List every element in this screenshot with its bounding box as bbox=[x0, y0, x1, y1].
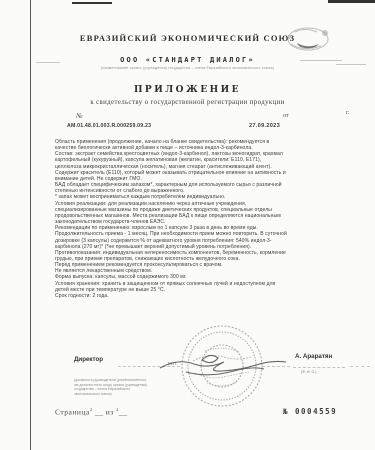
page-label: Страница bbox=[55, 408, 90, 417]
registration-date: 27.09.2023 bbox=[249, 123, 280, 129]
name-rule bbox=[293, 367, 345, 368]
number-label: № bbox=[76, 112, 83, 120]
serial-value: 0004559 bbox=[295, 407, 337, 416]
certificate-body-text: Область применения (продолжение, начало … bbox=[55, 139, 340, 299]
signer-position: Директор bbox=[74, 356, 103, 363]
signer-name-caption: (Ф. И. О.) bbox=[301, 370, 317, 374]
form-serial-number: № 0004559 bbox=[283, 407, 337, 416]
serial-label: № bbox=[283, 407, 289, 416]
registration-number: AM.01.48.01.003.R.000259.09.23 bbox=[67, 123, 151, 129]
scan-artifact bbox=[336, 64, 366, 65]
page-counter: Страница2 __ из 2__ bbox=[55, 407, 127, 417]
page-current: 2 bbox=[90, 407, 93, 412]
page-top-right-border-segment bbox=[328, 0, 375, 3]
organization-name: ООО «СТАНДАРТ ДИАЛОГ» bbox=[0, 56, 375, 64]
of-label: из bbox=[106, 408, 114, 417]
document-title: ПРИЛОЖЕНИЕ bbox=[0, 85, 375, 95]
page-blank: __ bbox=[95, 408, 104, 417]
organization-caption: (наименование органа (учреждения) госуда… bbox=[0, 66, 375, 70]
date-label: от bbox=[283, 113, 289, 119]
page-top-border-segment bbox=[72, 2, 112, 4]
scanned-certificate-page: ЕВРАЗИЙСКИЙ ЭКОНОМИЧЕСКИЙ СОЮЗ ООО «СТАН… bbox=[0, 0, 375, 450]
handwritten-signature bbox=[156, 346, 290, 385]
year-suffix: г. bbox=[346, 110, 349, 116]
document-subtitle: к свидетельству о государственной регист… bbox=[0, 99, 375, 106]
signer-name: А. Араратян bbox=[295, 353, 332, 360]
signature-rule bbox=[350, 366, 370, 367]
page-blank: __ bbox=[119, 408, 128, 417]
